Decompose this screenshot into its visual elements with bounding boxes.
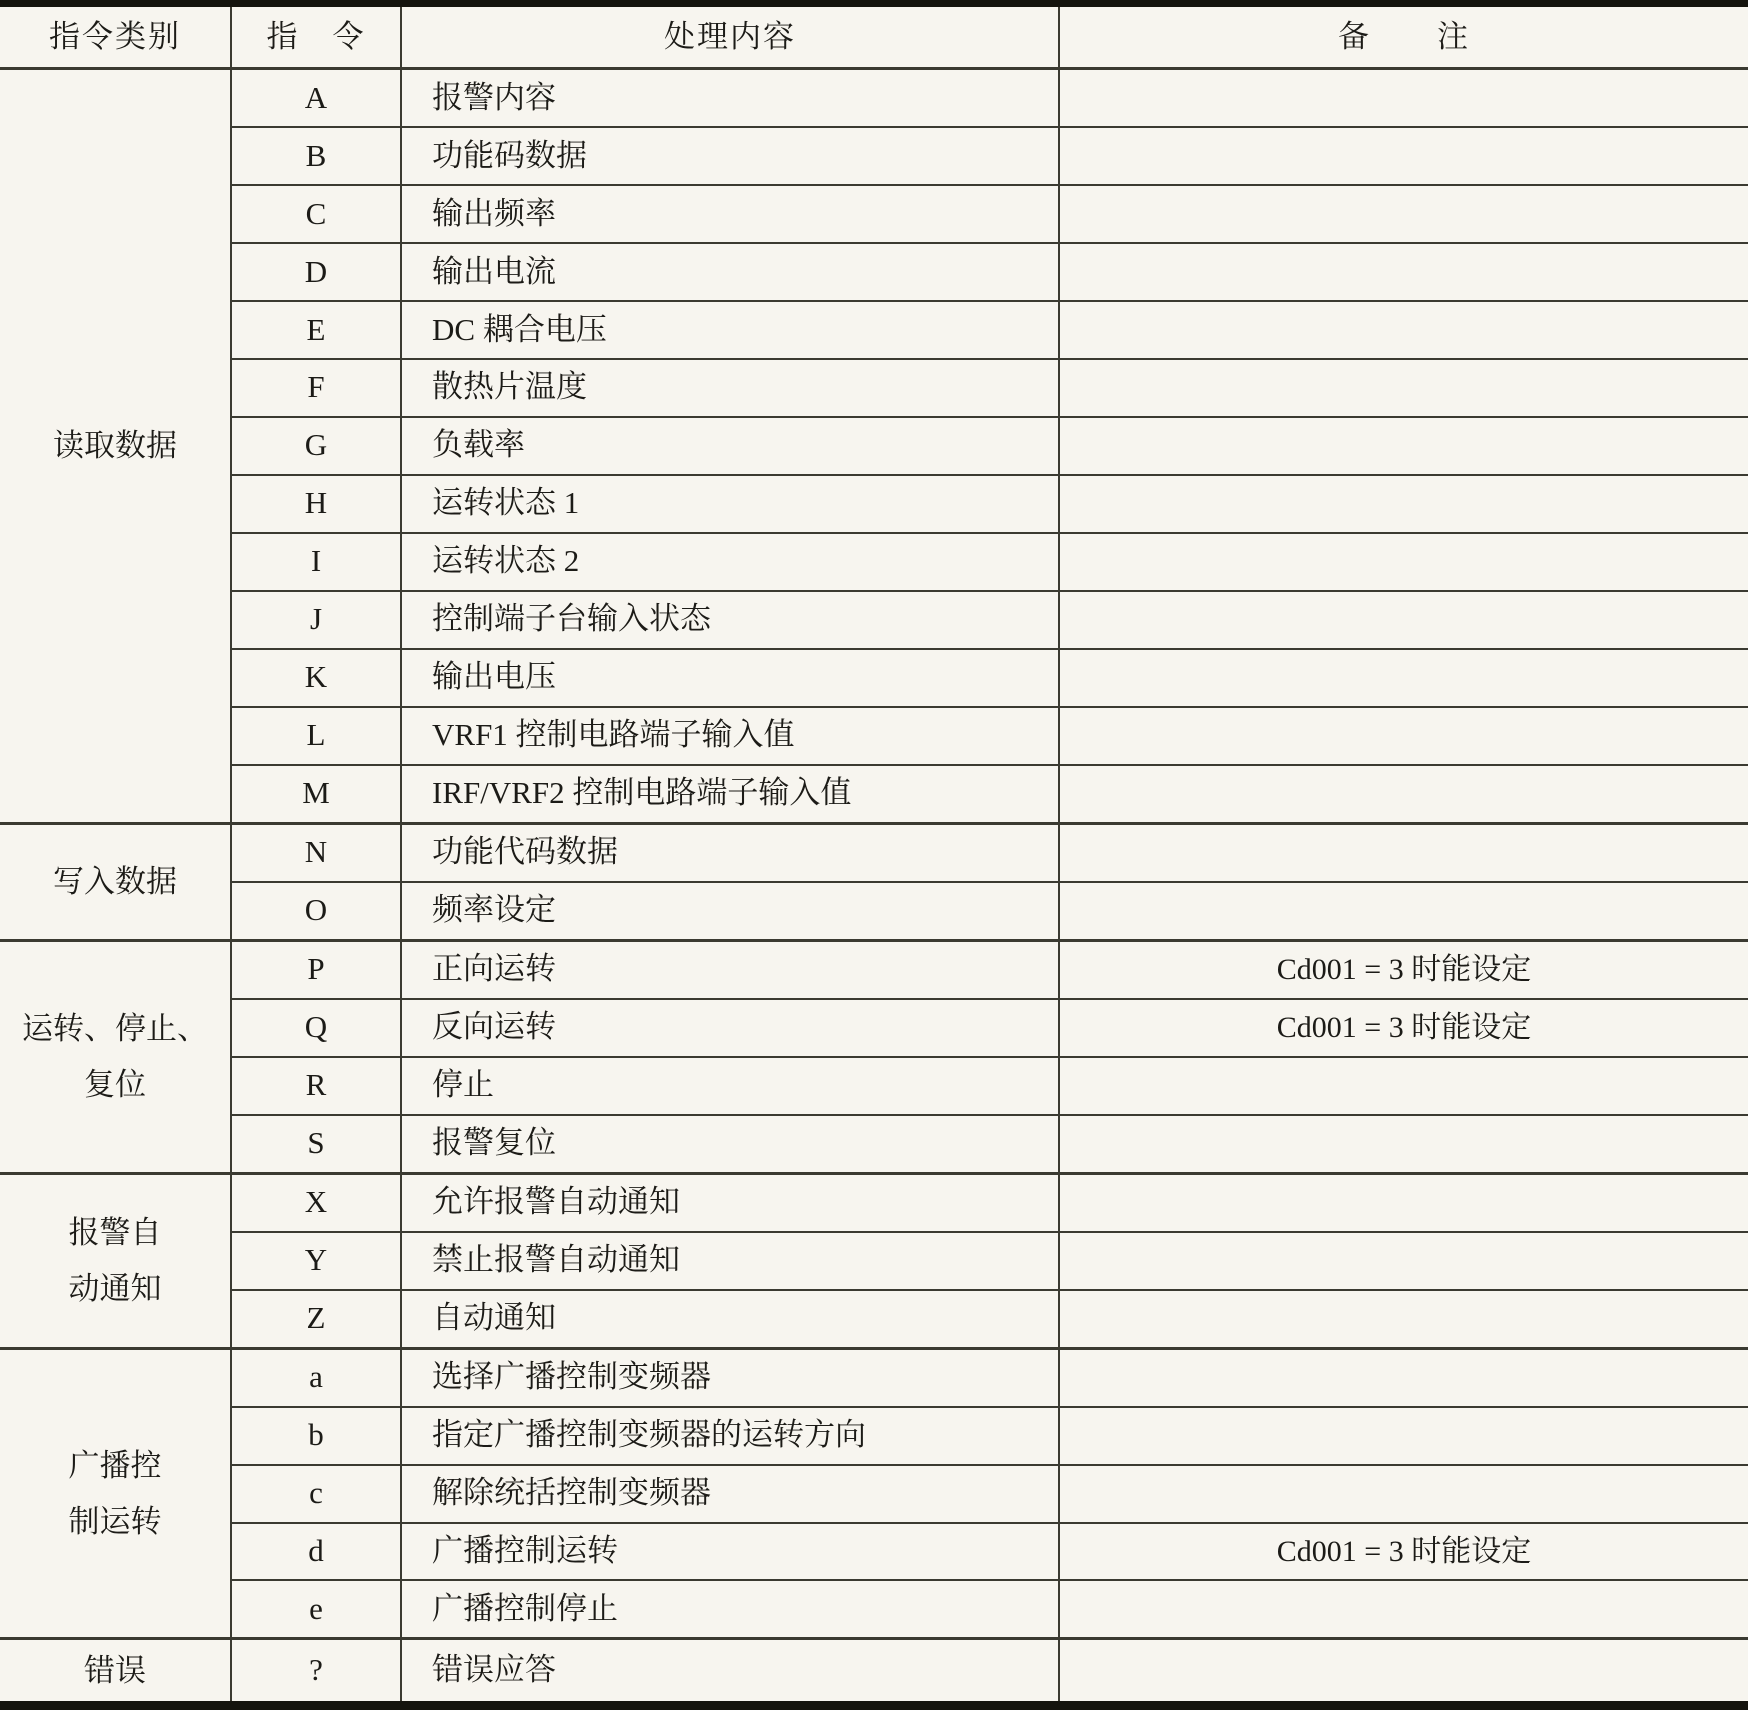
content-cell: 运转状态 1: [401, 475, 1059, 533]
content-cell: DC 耦合电压: [401, 301, 1059, 359]
header-content: 处理内容: [401, 4, 1059, 69]
category-line: 运转、停止、: [0, 1001, 230, 1057]
category-line: 读取数据: [0, 418, 230, 474]
remark-cell: [1059, 765, 1748, 824]
remark-cell: [1059, 1290, 1748, 1349]
content-cell: 自动通知: [401, 1290, 1059, 1349]
content-cell: 频率设定: [401, 882, 1059, 941]
content-cell: 报警内容: [401, 69, 1059, 128]
content-cell: 功能代码数据: [401, 823, 1059, 882]
remark-cell: [1059, 359, 1748, 417]
remark-cell: [1059, 882, 1748, 941]
content-cell: IRF/VRF2 控制电路端子输入值: [401, 765, 1059, 824]
remark-cell: [1059, 1465, 1748, 1523]
command-cell: d: [231, 1523, 401, 1581]
command-cell: Z: [231, 1290, 401, 1349]
remark-cell: [1059, 1348, 1748, 1407]
remark-cell: [1059, 1639, 1748, 1706]
command-cell: D: [231, 243, 401, 301]
command-cell: H: [231, 475, 401, 533]
remark-cell: [1059, 1173, 1748, 1232]
remark-cell: Cd001 = 3 时能设定: [1059, 999, 1748, 1057]
table-row: 错误?错误应答: [0, 1639, 1748, 1706]
command-cell: Y: [231, 1232, 401, 1290]
table-row: Y禁止报警自动通知: [0, 1232, 1748, 1290]
content-cell: 解除统括控制变频器: [401, 1465, 1059, 1523]
header-category: 指令类别: [0, 4, 231, 69]
remark-cell: [1059, 243, 1748, 301]
content-cell: 输出电压: [401, 649, 1059, 707]
command-cell: I: [231, 533, 401, 591]
content-cell: VRF1 控制电路端子输入值: [401, 707, 1059, 765]
content-cell: 广播控制运转: [401, 1523, 1059, 1581]
command-cell: ?: [231, 1639, 401, 1706]
command-cell: N: [231, 823, 401, 882]
content-cell: 输出电流: [401, 243, 1059, 301]
remark-cell: [1059, 127, 1748, 185]
remark-cell: [1059, 301, 1748, 359]
remark-cell: [1059, 591, 1748, 649]
remark-cell: [1059, 1232, 1748, 1290]
remark-cell: [1059, 649, 1748, 707]
content-cell: 负载率: [401, 417, 1059, 475]
content-cell: 报警复位: [401, 1115, 1059, 1174]
category-cell: 报警自动通知: [0, 1173, 231, 1348]
table-row: EDC 耦合电压: [0, 301, 1748, 359]
table-row: MIRF/VRF2 控制电路端子输入值: [0, 765, 1748, 824]
table-header: 指令类别 指 令 处理内容 备 注: [0, 4, 1748, 69]
remark-cell: [1059, 823, 1748, 882]
category-line: 制运转: [0, 1494, 230, 1550]
command-cell: L: [231, 707, 401, 765]
table-row: 运转、停止、复位P正向运转Cd001 = 3 时能设定: [0, 940, 1748, 999]
remark-cell: [1059, 417, 1748, 475]
table-row: S报警复位: [0, 1115, 1748, 1174]
content-cell: 禁止报警自动通知: [401, 1232, 1059, 1290]
table-row: 广播控制运转a选择广播控制变频器: [0, 1348, 1748, 1407]
table-row: LVRF1 控制电路端子输入值: [0, 707, 1748, 765]
command-cell: X: [231, 1173, 401, 1232]
command-cell: R: [231, 1057, 401, 1115]
remark-cell: Cd001 = 3 时能设定: [1059, 1523, 1748, 1581]
content-cell: 散热片温度: [401, 359, 1059, 417]
table-row: d广播控制运转Cd001 = 3 时能设定: [0, 1523, 1748, 1581]
table-row: Q反向运转Cd001 = 3 时能设定: [0, 999, 1748, 1057]
table-row: Z自动通知: [0, 1290, 1748, 1349]
remark-cell: [1059, 1057, 1748, 1115]
table-row: G负载率: [0, 417, 1748, 475]
table-row: e广播控制停止: [0, 1580, 1748, 1639]
content-cell: 广播控制停止: [401, 1580, 1059, 1639]
table-row: 报警自动通知X允许报警自动通知: [0, 1173, 1748, 1232]
remark-cell: [1059, 475, 1748, 533]
category-line: 动通知: [0, 1261, 230, 1317]
header-remark: 备 注: [1059, 4, 1748, 69]
remark-cell: [1059, 1580, 1748, 1639]
category-line: 写入数据: [0, 854, 230, 910]
remark-cell: [1059, 185, 1748, 243]
table-row: c解除统括控制变频器: [0, 1465, 1748, 1523]
table-row: b指定广播控制变频器的运转方向: [0, 1407, 1748, 1465]
table-row: 读取数据A报警内容: [0, 69, 1748, 128]
table-row: C输出频率: [0, 185, 1748, 243]
remark-cell: [1059, 533, 1748, 591]
content-cell: 输出频率: [401, 185, 1059, 243]
remark-cell: [1059, 1115, 1748, 1174]
table-row: J控制端子台输入状态: [0, 591, 1748, 649]
content-cell: 运转状态 2: [401, 533, 1059, 591]
table-row: K输出电压: [0, 649, 1748, 707]
command-cell: b: [231, 1407, 401, 1465]
table-row: O频率设定: [0, 882, 1748, 941]
content-cell: 功能码数据: [401, 127, 1059, 185]
remark-cell: [1059, 1407, 1748, 1465]
content-cell: 允许报警自动通知: [401, 1173, 1059, 1232]
command-cell: A: [231, 69, 401, 128]
header-command: 指 令: [231, 4, 401, 69]
category-cell: 写入数据: [0, 823, 231, 940]
category-line: 报警自: [0, 1205, 230, 1261]
category-line: 广播控: [0, 1438, 230, 1494]
table-row: I运转状态 2: [0, 533, 1748, 591]
category-line: 错误: [0, 1643, 230, 1699]
remark-cell: [1059, 707, 1748, 765]
command-cell: E: [231, 301, 401, 359]
table-row: D输出电流: [0, 243, 1748, 301]
table-row: F散热片温度: [0, 359, 1748, 417]
content-cell: 错误应答: [401, 1639, 1059, 1706]
category-cell: 错误: [0, 1639, 231, 1706]
table-row: R停止: [0, 1057, 1748, 1115]
command-cell: e: [231, 1580, 401, 1639]
command-cell: S: [231, 1115, 401, 1174]
command-cell: C: [231, 185, 401, 243]
content-cell: 选择广播控制变频器: [401, 1348, 1059, 1407]
remark-cell: Cd001 = 3 时能设定: [1059, 940, 1748, 999]
command-cell: Q: [231, 999, 401, 1057]
command-cell: F: [231, 359, 401, 417]
command-cell: K: [231, 649, 401, 707]
header-row: 指令类别 指 令 处理内容 备 注: [0, 4, 1748, 69]
content-cell: 停止: [401, 1057, 1059, 1115]
command-table: 指令类别 指 令 处理内容 备 注 读取数据A报警内容B功能码数据C输出频率D输…: [0, 0, 1748, 1710]
category-cell: 广播控制运转: [0, 1348, 231, 1639]
table-row: B功能码数据: [0, 127, 1748, 185]
command-cell: O: [231, 882, 401, 941]
command-cell: M: [231, 765, 401, 824]
content-cell: 控制端子台输入状态: [401, 591, 1059, 649]
command-cell: a: [231, 1348, 401, 1407]
command-cell: P: [231, 940, 401, 999]
category-cell: 读取数据: [0, 69, 231, 824]
table-body: 读取数据A报警内容B功能码数据C输出频率D输出电流EDC 耦合电压F散热片温度G…: [0, 69, 1748, 1706]
table-row: H运转状态 1: [0, 475, 1748, 533]
command-cell: c: [231, 1465, 401, 1523]
content-cell: 指定广播控制变频器的运转方向: [401, 1407, 1059, 1465]
command-cell: G: [231, 417, 401, 475]
category-line: 复位: [0, 1057, 230, 1113]
table-row: 写入数据N功能代码数据: [0, 823, 1748, 882]
command-cell: B: [231, 127, 401, 185]
content-cell: 反向运转: [401, 999, 1059, 1057]
command-cell: J: [231, 591, 401, 649]
remark-cell: [1059, 69, 1748, 128]
category-cell: 运转、停止、复位: [0, 940, 231, 1173]
content-cell: 正向运转: [401, 940, 1059, 999]
